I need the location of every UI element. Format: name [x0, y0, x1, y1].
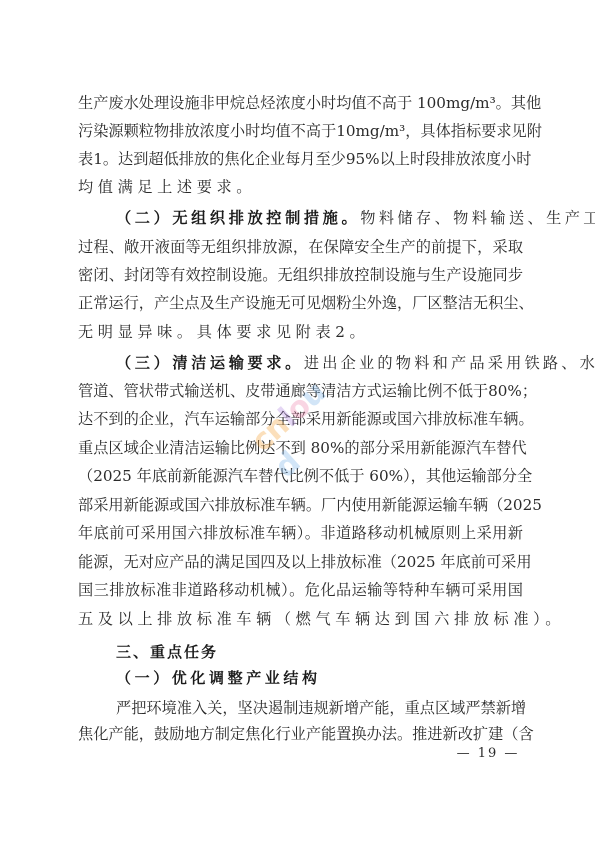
body-line: 无明显异味。具体要求见附表2。 — [78, 321, 523, 343]
page-number: — 19 — — [456, 744, 520, 764]
body-line: 重点区域企业清洁运输比例达不到 80%的部分采用新能源汽车替代 — [78, 437, 523, 459]
body-text: 进出企业的物料和产品采用铁路、水路、 — [304, 352, 595, 374]
body-line: 能源，无对应产品的满足国四及以上排放标准（2025 年底前可采用 — [78, 551, 523, 573]
body-line: 正常运行，产尘点及生产设施无可见烟粉尘外逸，厂区整洁无积尘、 — [78, 292, 523, 314]
body-line: 严把环境准入关，坚决遏制违规新增产能，重点区域严禁新增 — [116, 697, 523, 719]
body-line: 年底前可采用国六排放标准车辆）。非道路移动机械原则上采用新 — [78, 522, 523, 544]
body-line: 污染源颗粒物排放浓度小时均值不高于10mg/m³，具体指标要求见附 — [78, 120, 523, 142]
body-line: 达不到的企业，汽车运输部分全部采用新能源或国六排放标准车辆。 — [78, 408, 523, 430]
paragraph-heading-line: （二）无组织排放控制措施。物料储存、物料输送、生产工艺 — [116, 207, 523, 229]
subsection-heading-3: （三）清洁运输要求。 — [116, 352, 304, 374]
body-text: 物料储存、物料输送、生产工艺 — [360, 207, 595, 229]
body-line: 密闭、封闭等有效控制设施。无组织排放控制设施与生产设施同步 — [78, 264, 523, 286]
body-line: 焦化产能，鼓励地方制定焦化行业产能置换办法。推进新改扩建（含 — [78, 723, 523, 745]
body-line: 部采用新能源或国六排放标准车辆。厂内使用新能源运输车辆（2025 — [78, 494, 523, 516]
subsection-heading-1: （一）优化调整产业结构 — [116, 667, 523, 689]
section-heading: 三、重点任务 — [116, 641, 523, 663]
body-line: （2025 年底前新能源汽车替代比例不低于 60%），其他运输部分全 — [78, 465, 523, 487]
body-line: 均值满足上述要求。 — [78, 176, 523, 198]
document-page: 生产废水处理设施非甲烷总烃浓度小时均值不高于 100mg/m³。其他 污染源颗粒… — [0, 0, 595, 841]
body-line: 管道、管状带式输送机、皮带通廊等清洁方式运输比例不低于80%； — [78, 380, 523, 402]
body-line: 五及以上排放标准车辆（燃气车辆达到国六排放标准）。 — [78, 608, 523, 630]
subsection-heading-2: （二）无组织排放控制措施。 — [116, 207, 360, 229]
body-line: 国三排放标准非道路移动机械）。危化品运输等特种车辆可采用国 — [78, 579, 523, 601]
paragraph-heading-line: （三）清洁运输要求。进出企业的物料和产品采用铁路、水路、 — [116, 352, 523, 374]
body-line: 表1。达到超低排放的焦化企业每月至少95%以上时段排放浓度小时 — [78, 148, 523, 170]
body-line: 过程、敞开液面等无组织排放源，在保障安全生产的前提下，采取 — [78, 236, 523, 258]
body-line: 生产废水处理设施非甲烷总烃浓度小时均值不高于 100mg/m³。其他 — [78, 92, 523, 114]
